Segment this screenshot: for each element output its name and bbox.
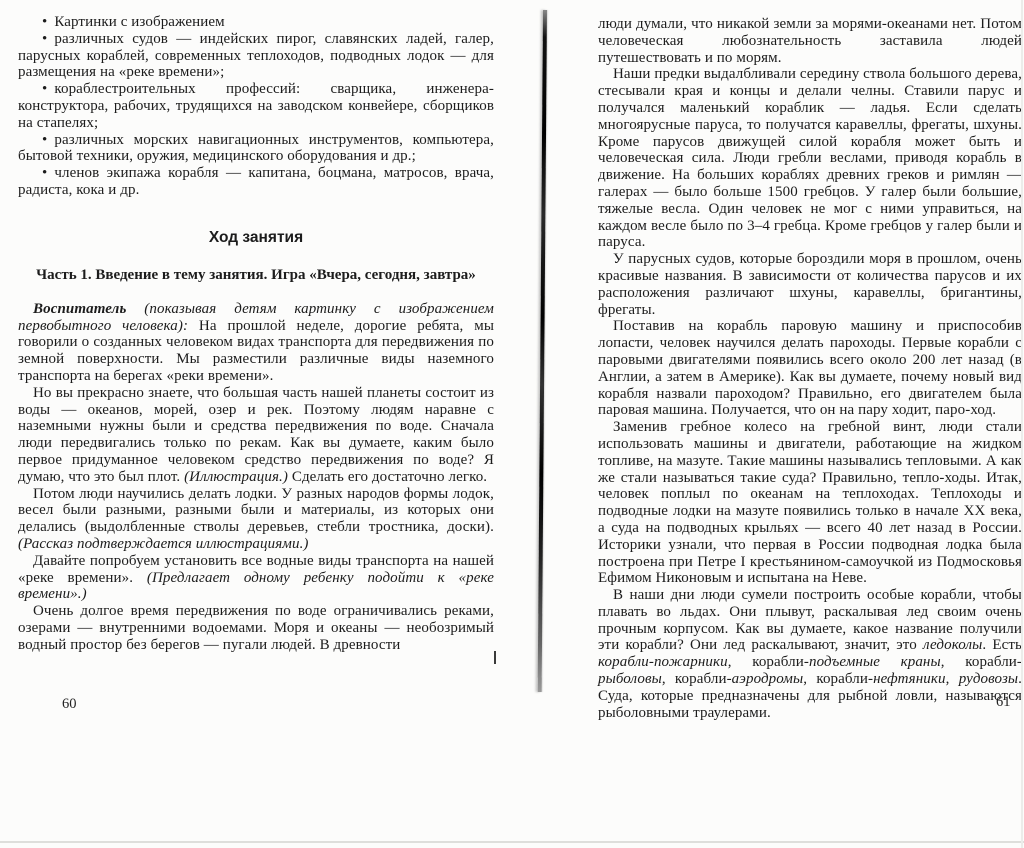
paragraph: Потом люди научились делать лодки. У раз… [18,486,494,553]
text-segment: аэродромы [732,671,804,687]
page-number-60: 60 [62,696,77,713]
paragraph: Наши предки выдалбливали середину ствола… [598,66,1022,251]
text-segment: подъемные краны [809,654,941,670]
paragraph: Поставив на корабль паровую машину и при… [598,318,1022,419]
paragraph: люди думали, что никакой земли за морями… [598,16,1022,66]
scan-artifact-mark [494,651,496,664]
text-segment: , корабли- [728,654,809,670]
paragraph: Воспитатель (показывая детям картинку с … [18,301,494,385]
text-segment: , [946,671,959,687]
section-heading: Ход занятия [18,229,494,247]
bullet-item: •членов экипажа корабля — капитана, боцм… [18,165,494,199]
bullet-glyph: • [42,31,47,47]
bullet-text: кораблестроительных профессий: сварщика,… [18,81,494,131]
bullet-text: Картинки с изображением [54,14,224,30]
text-segment: рудовозы [959,671,1018,687]
text-segment: корабли-пожарники [598,654,728,670]
paragraph: Заменив гребное колесо на гребной винт, … [598,419,1022,587]
bullet-text: различных морских навигационных инструме… [18,132,494,165]
text-segment: Заменив гребное колесо на гребной винт, … [598,419,1022,586]
bullet-glyph: • [42,81,47,97]
part-subheading: Часть 1. Введение в тему занятия. Игра «… [18,266,494,284]
text-segment: , корабли- [662,671,732,687]
text-segment: (Иллюстрация.) [184,469,288,485]
text-segment: Наши предки выдалбливали середину ствола… [598,66,1022,250]
book-scan: •Картинки с изображением •различных судо… [0,0,1024,848]
bullet-glyph: • [42,14,47,30]
text-segment: люди думали, что никакой земли за морями… [598,16,1022,66]
bullet-item: •кораблестроительных профессий: сварщика… [18,81,494,131]
bullet-text: членов экипажа корабля — капитана, боцма… [18,165,494,198]
text-segment: Воспитатель [33,301,144,317]
page-right: люди думали, что никакой земли за морями… [598,16,1022,721]
text-segment: , корабли- [803,671,873,687]
text-segment: Поставив на корабль паровую машину и при… [598,318,1022,418]
paragraph: В наши дни люди сумели построить особые … [598,587,1022,721]
bullet-item: •различных морских навигационных инструм… [18,132,494,166]
text-segment: . Есть [982,637,1022,653]
scan-bottom-edge [0,841,1024,843]
text-segment: Сделать его достаточно легко. [288,469,487,485]
bullet-glyph: • [42,165,47,181]
bullet-text: различных судов — индейских пирог, славя… [18,31,494,81]
text-segment: Очень долгое время передвижения по воде … [18,603,494,653]
bullet-item: •различных судов — индейских пирог, слав… [18,31,494,81]
bullet-glyph: • [42,132,47,148]
text-segment: ледоколы [923,637,982,653]
book-spine-shadow [538,10,547,692]
text-segment: (Рассказ подтверждается иллюстрациями.) [18,536,309,552]
page-left: •Картинки с изображением •различных судо… [18,14,494,654]
paragraph: Но вы прекрасно знаете, что большая част… [18,385,494,486]
text-segment: , корабли- [941,654,1022,670]
text-segment: Потом люди научились делать лодки. У раз… [18,486,494,536]
scan-right-edge [1021,0,1023,848]
text-segment: нефтяники [873,671,946,687]
bullet-item: •Картинки с изображением [18,14,494,31]
page-number-61: 61 [996,694,1011,711]
paragraph: У парусных судов, которые бороздили моря… [598,251,1022,318]
paragraph: Очень долгое время передвижения по воде … [18,603,494,653]
text-segment: У парусных судов, которые бороздили моря… [598,251,1022,317]
text-segment: рыболовы [598,671,662,687]
paragraph: Давайте попробуем установить все водные … [18,553,494,603]
